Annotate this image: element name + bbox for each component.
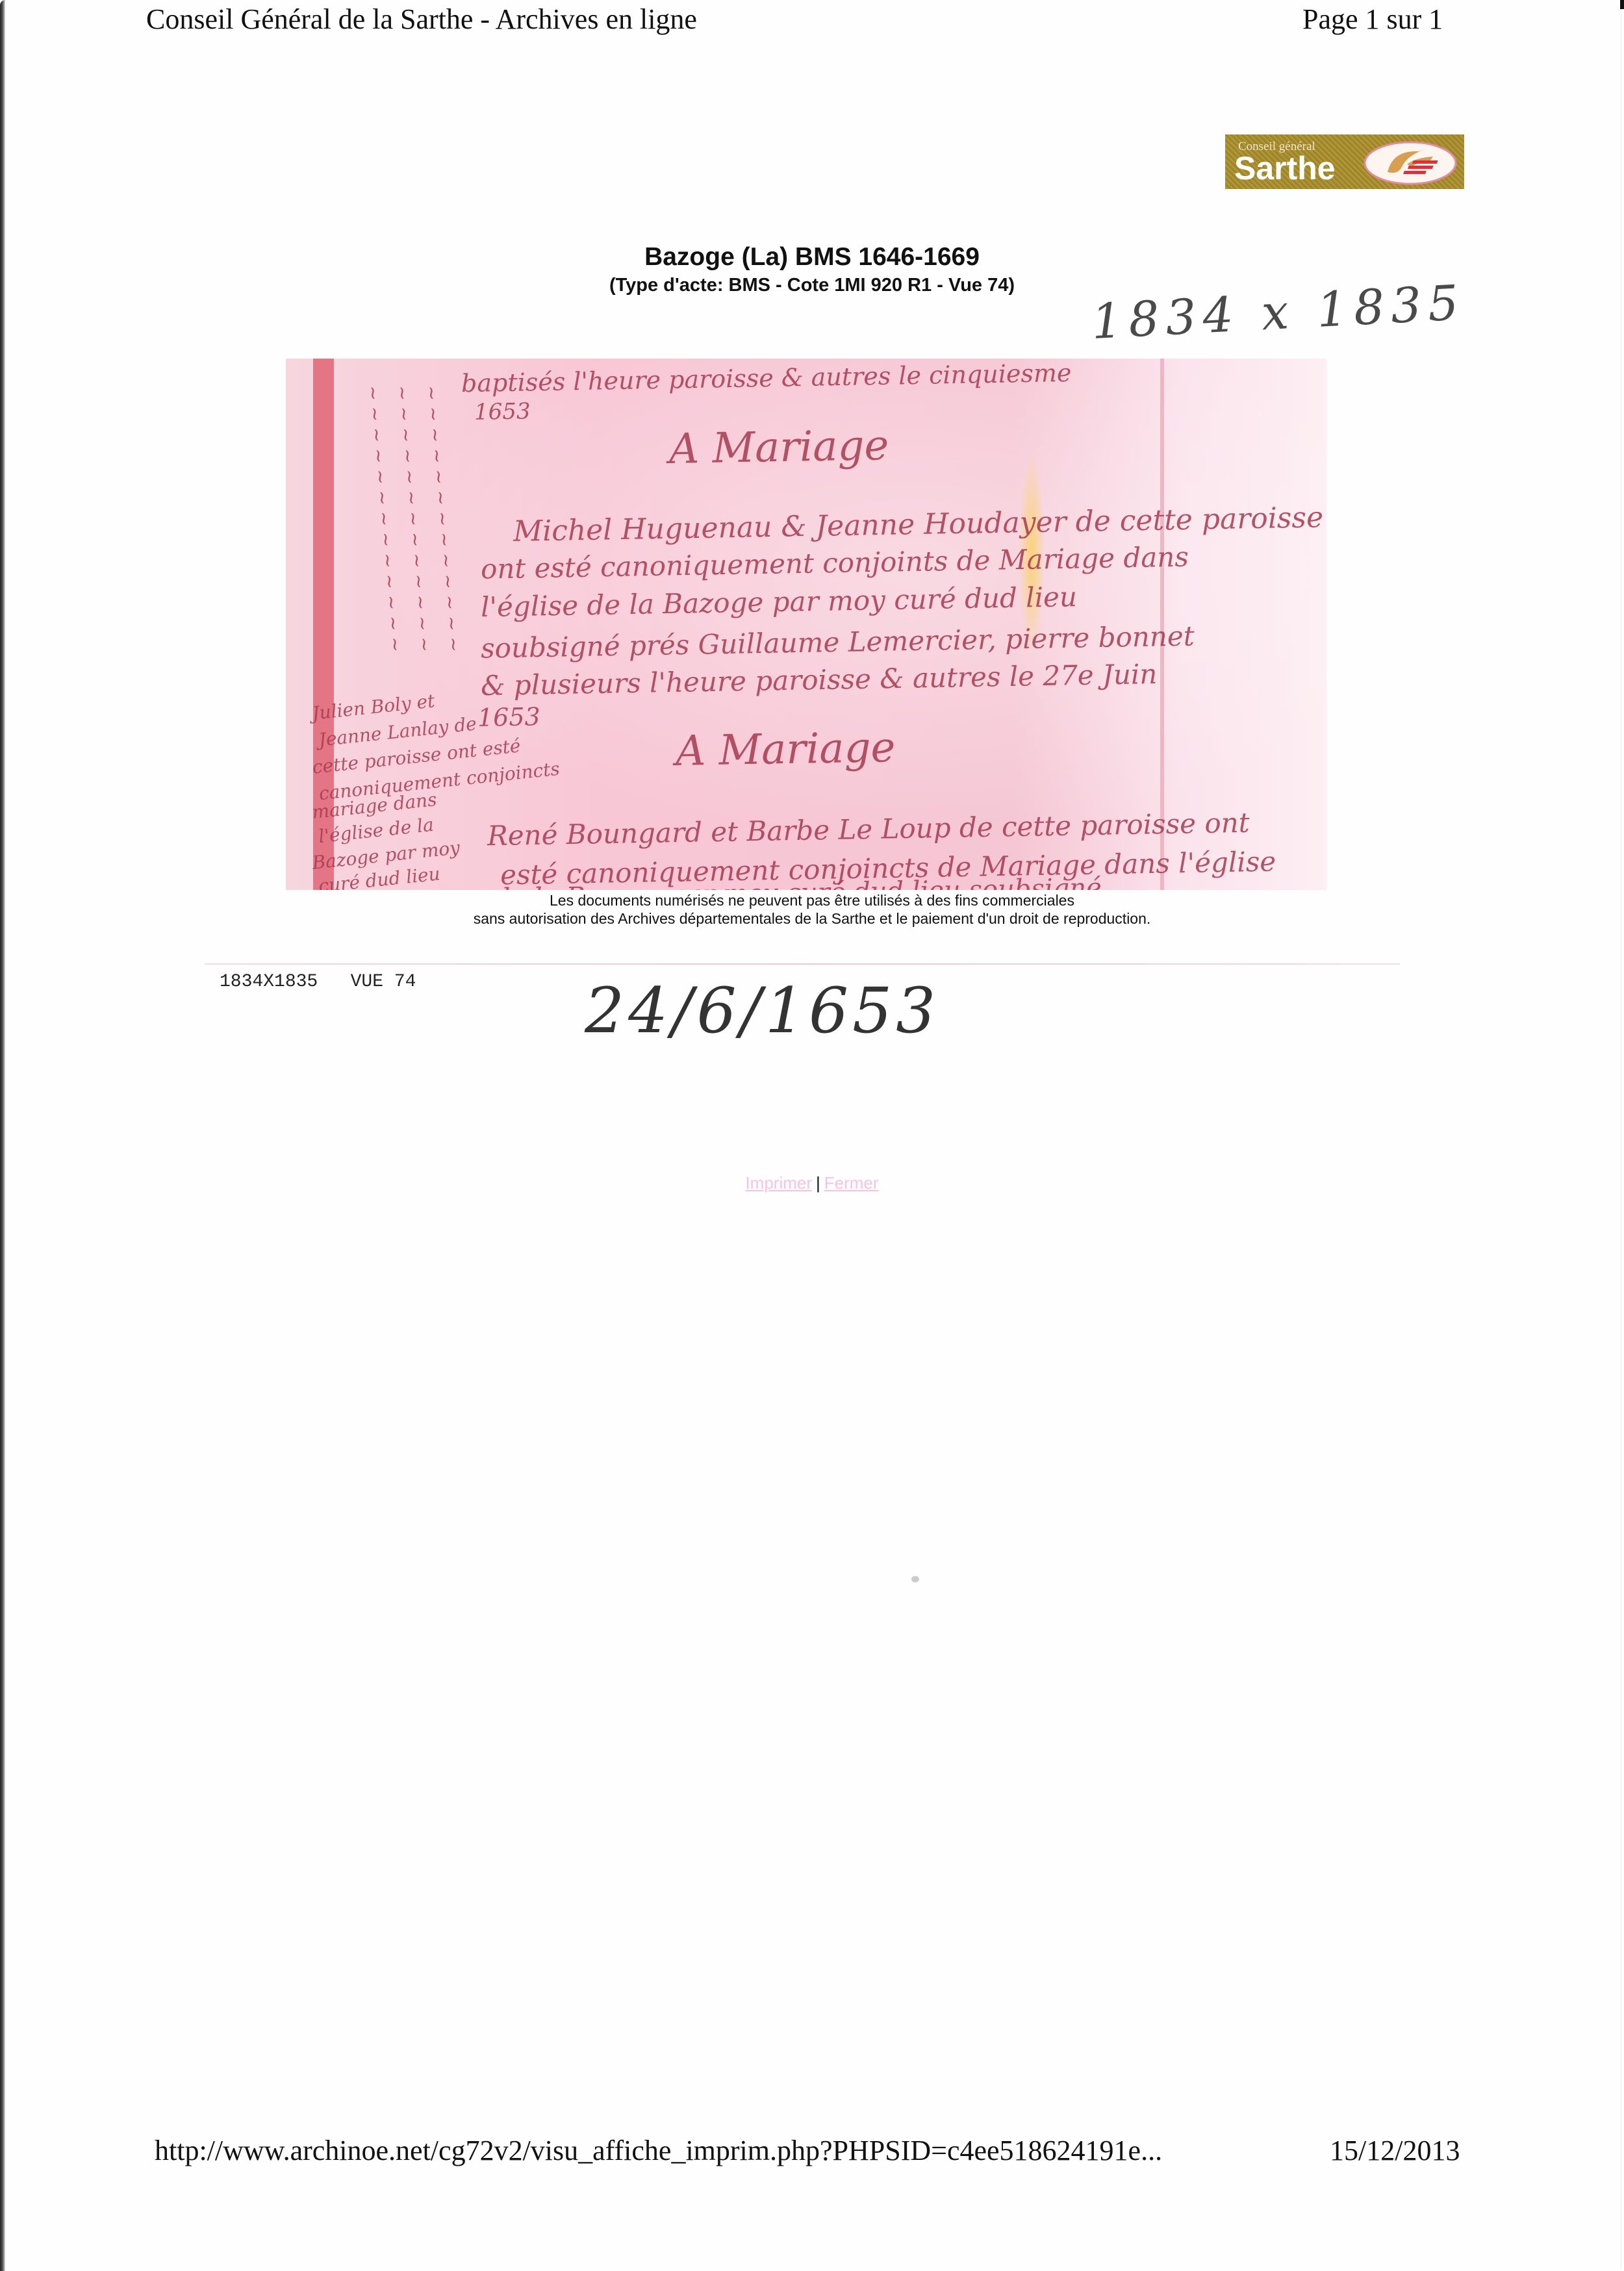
manuscript-line: soubsigné prés Guillaume Lemercier, pier… [481,620,1195,664]
scan-speck [911,1576,919,1582]
scan-edge-right-line [1621,9,1621,2270]
reference-code: 1834X1835 VUE 74 [220,972,416,992]
action-links: Imprimer|Fermer [0,1173,1624,1193]
print-footer-url: http://www.archinoe.net/cg72v2/visu_affi… [155,2133,1162,2169]
manuscript-line: Michel Huguenau & Jeanne Houdayer de cet… [513,501,1324,548]
manuscript-line: baptisés l'heure paroisse & autres le ci… [461,359,1072,398]
print-header-title: Conseil Général de la Sarthe - Archives … [146,1,697,38]
handwritten-date: 24/6/1653 [585,974,939,1047]
logo-big-text: Sarthe [1234,150,1336,186]
sarthe-emblem-icon [1362,138,1459,186]
document-title: Bazoge (La) BMS 1646-1669 [0,242,1624,272]
manuscript-line: ont esté canoniquement conjoints de Mari… [481,540,1189,585]
print-footer-date: 15/12/2013 [1330,2133,1460,2169]
print-header-page: Page 1 sur 1 [1302,1,1443,38]
manuscript-line: A Mariage [675,724,896,776]
manuscript-line: René Boungard et Barbe Le Loup de cette … [487,807,1250,852]
usage-notice-line2: sans autorisation des Archives départeme… [0,909,1624,928]
sarthe-logo: Conseil général Sarthe [1225,134,1464,189]
manuscript-line: & plusieurs l'heure paroisse & autres le… [481,658,1158,702]
manuscript-line: 1653 [477,702,540,732]
usage-notice-line1: Les documents numérisés ne peuvent pas ê… [0,891,1624,909]
manuscript-line: 1653 [474,398,531,425]
link-separator: | [816,1173,820,1193]
separator-rule [205,963,1400,965]
close-link[interactable]: Fermer [824,1173,879,1193]
archive-manuscript-image: baptisés l'heure paroisse & autres le ci… [286,359,1326,890]
manuscript-line: l'église de la Bazoge par moy curé dud l… [481,581,1078,623]
scan-edge-left [0,0,5,2271]
manuscript-line: A Mariage [668,422,889,474]
print-link[interactable]: Imprimer [745,1173,812,1193]
scan-edge-right [1620,0,1624,9]
